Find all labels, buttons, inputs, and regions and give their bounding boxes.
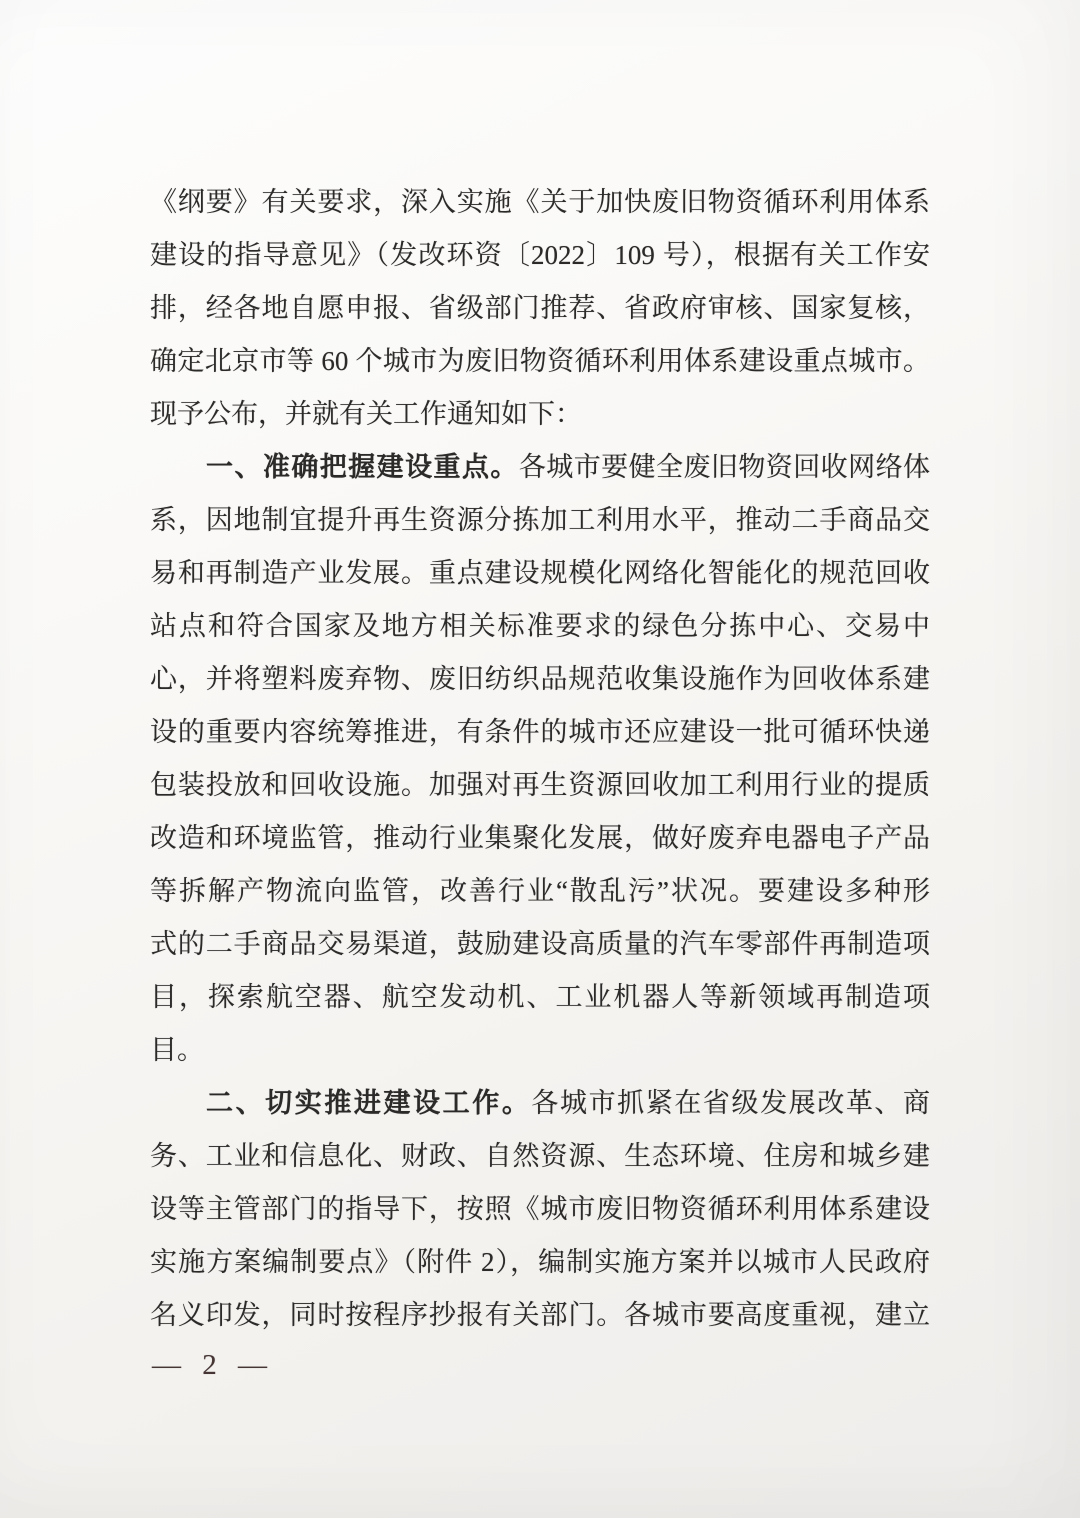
text-line: 心，并将塑料废弃物、废旧纺织品规范收集设施作为回收体系建 (150, 653, 930, 706)
text-line: 目。 (150, 1024, 930, 1077)
text-line: 设的重要内容统筹推进，有条件的城市还应建设一批可循环快递 (150, 706, 930, 759)
text-line: 易和再制造产业发展。重点建设规模化网络化智能化的规范回收 (150, 547, 930, 600)
text-line: 等拆解产物流向监管，改善行业“散乱污”状况。要建设多种形 (150, 865, 930, 918)
text-line: 建设的指导意见》（发改环资〔2022〕109 号），根据有关工作安 (150, 229, 930, 282)
text-line: 确定北京市等 60 个城市为废旧物资循环利用体系建设重点城市。 (150, 335, 930, 388)
text-line: 式的二手商品交易渠道，鼓励建设高质量的汽车零部件再制造项 (150, 918, 930, 971)
text-line: 站点和符合国家及地方相关标准要求的绿色分拣中心、交易中 (150, 600, 930, 653)
document-page: 《纲要》有关要求，深入实施《关于加快废旧物资循环利用体系建设的指导意见》（发改环… (0, 0, 1080, 1518)
text-line: 目，探索航空器、航空发动机、工业机器人等新领域再制造项 (150, 971, 930, 1024)
text-line: 名义印发，同时按程序抄报有关部门。各城市要高度重视，建立 (150, 1289, 930, 1342)
text-line: 系，因地制宜提升再生资源分拣加工利用水平，推动二手商品交 (150, 494, 930, 547)
document-body: 《纲要》有关要求，深入实施《关于加快废旧物资循环利用体系建设的指导意见》（发改环… (150, 176, 930, 1342)
text-line: 实施方案编制要点》（附件 2），编制实施方案并以城市人民政府 (150, 1236, 930, 1289)
text-line: 务、工业和信息化、财政、自然资源、生态环境、住房和城乡建 (150, 1130, 930, 1183)
page-number: — 2 — (152, 1342, 274, 1388)
text-line: 二、切实推进建设工作。各城市抓紧在省级发展改革、商 (150, 1077, 930, 1130)
text-line: 设等主管部门的指导下，按照《城市废旧物资循环利用体系建设 (150, 1183, 930, 1236)
text-line: 包装投放和回收设施。加强对再生资源回收加工利用行业的提质 (150, 759, 930, 812)
text-line: 一、准确把握建设重点。各城市要健全废旧物资回收网络体 (150, 441, 930, 494)
text-line: 现予公布，并就有关工作通知如下： (150, 388, 930, 441)
text-line: 改造和环境监管，推动行业集聚化发展，做好废弃电器电子产品 (150, 812, 930, 865)
section-heading: 一、准确把握建设重点。 (206, 452, 519, 482)
section-heading: 二、切实推进建设工作。 (206, 1088, 531, 1118)
text-line: 《纲要》有关要求，深入实施《关于加快废旧物资循环利用体系 (150, 176, 930, 229)
text-line: 排，经各地自愿申报、省级部门推荐、省政府审核、国家复核， (150, 282, 930, 335)
